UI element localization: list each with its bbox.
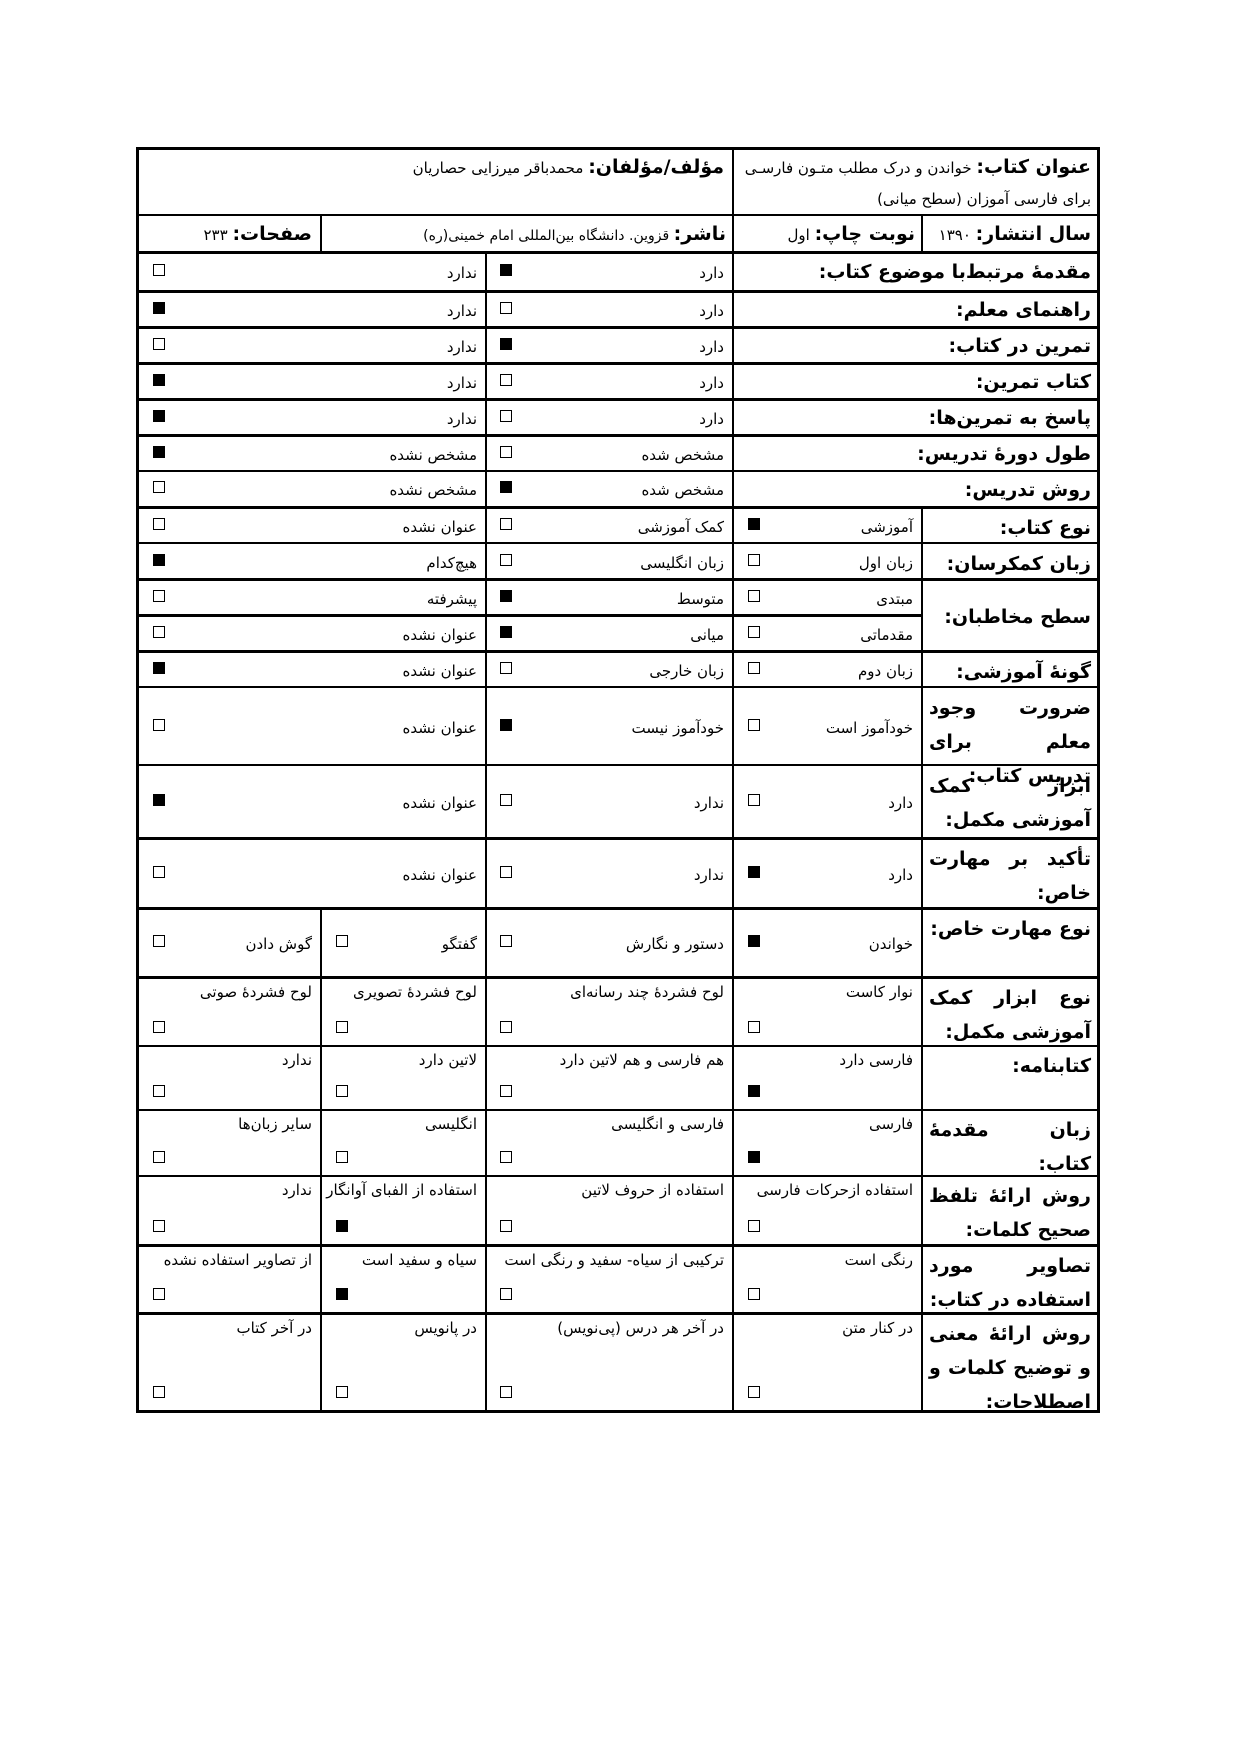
book-title-field: عنوان کتاب: خواندن و درک مطلب متـون فارس… xyxy=(734,150,1097,214)
option-cell: دستور و نگارش xyxy=(486,910,732,976)
option-cell: ندارد xyxy=(139,293,485,326)
checkbox[interactable] xyxy=(748,794,760,806)
checkbox[interactable] xyxy=(748,1085,760,1097)
option-cell: ندارد xyxy=(486,840,732,907)
option-cell: ندارد xyxy=(139,1047,320,1109)
option-cell: خودآموز است xyxy=(734,689,921,764)
option-label: ندارد xyxy=(447,338,477,356)
option-cell: مشخص نشده xyxy=(139,437,485,470)
option-label: گفتگو xyxy=(442,935,477,953)
checkbox[interactable] xyxy=(336,1085,348,1097)
row-label: ضرورت وجود معلم برای تدریس کتاب: xyxy=(923,689,1097,764)
checkbox[interactable] xyxy=(748,626,760,638)
option-cell: ندارد xyxy=(139,365,485,398)
row-label: ابزار کمک آموزشی مکمل: xyxy=(923,767,1097,837)
checkbox[interactable] xyxy=(500,1220,512,1232)
option-label: متوسط xyxy=(677,590,724,608)
pages-label: صفحات: xyxy=(232,223,312,245)
option-label: رنگی است xyxy=(845,1251,913,1269)
checkbox[interactable] xyxy=(748,1151,760,1163)
checkbox[interactable] xyxy=(500,1085,512,1097)
author-value: محمدباقر میرزایی حصاریان xyxy=(413,159,584,177)
option-cell: پیشرفته xyxy=(139,581,485,615)
row-label: زبان مقدمهٔ کتاب: xyxy=(923,1111,1097,1175)
checkbox[interactable] xyxy=(500,626,512,638)
option-label: گوش دادن xyxy=(245,935,312,953)
row-label: پاسخ به تمرین‌ها: xyxy=(734,401,1097,434)
year-label: سال انتشار: xyxy=(976,223,1091,245)
row-label: کتابنامه: xyxy=(923,1047,1097,1109)
option-cell: سیاه و سفید است xyxy=(322,1247,485,1312)
checkbox[interactable] xyxy=(500,935,512,947)
edition-label: نوبت چاپ: xyxy=(815,223,915,245)
option-label: دارد xyxy=(699,410,724,428)
checkbox[interactable] xyxy=(748,866,760,878)
option-label: سیاه و سفید است xyxy=(362,1251,477,1269)
checkbox[interactable] xyxy=(500,590,512,602)
option-label: دارد xyxy=(699,374,724,392)
table-border-right xyxy=(1097,147,1100,1413)
checkbox[interactable] xyxy=(748,518,760,530)
option-cell: در آخر کتاب xyxy=(139,1315,320,1410)
option-label: زبان اول xyxy=(859,554,913,572)
option-label: مشخص نشده xyxy=(389,446,477,464)
option-cell: دارد xyxy=(486,401,732,434)
edition-value: اول xyxy=(787,226,809,244)
option-cell: فارسی دارد xyxy=(734,1047,921,1109)
option-label: لوح فشردهٔ صوتی xyxy=(200,983,312,1001)
checkbox[interactable] xyxy=(153,626,165,638)
checkbox[interactable] xyxy=(336,1386,348,1398)
author-label: مؤلف/مؤلفان: xyxy=(588,156,724,178)
option-cell: مبتدی xyxy=(734,581,921,615)
option-label: فارسی و انگلیسی xyxy=(611,1115,724,1133)
option-cell: آموزشی xyxy=(734,509,921,542)
option-label: پیشرفته xyxy=(427,590,477,608)
option-label: خواندن xyxy=(869,935,913,953)
checkbox[interactable] xyxy=(153,866,165,878)
option-cell: لوح فشردهٔ تصویری xyxy=(322,979,485,1045)
option-label: ترکیبی از سیاه- سفید و رنگی است xyxy=(504,1251,724,1269)
checkbox[interactable] xyxy=(153,719,165,731)
option-cell: لوح فشردهٔ صوتی xyxy=(139,979,320,1045)
option-cell: ندارد xyxy=(139,329,485,362)
edition-field: نوبت چاپ: اول xyxy=(734,216,921,251)
option-cell: دارد xyxy=(734,840,921,907)
option-label: در آخر هر درس (پی‌نویس) xyxy=(557,1319,724,1337)
checkbox[interactable] xyxy=(500,338,512,350)
option-label: مشخص شده xyxy=(641,481,724,499)
checkbox[interactable] xyxy=(500,481,512,493)
option-cell: در آخر هر درس (پی‌نویس) xyxy=(486,1315,732,1410)
option-label: استفاده از حروف لاتین xyxy=(581,1181,724,1199)
option-cell: گفتگو xyxy=(322,910,485,976)
option-label: دارد xyxy=(888,794,913,812)
checkbox[interactable] xyxy=(500,1151,512,1163)
option-cell: ندارد xyxy=(139,253,485,290)
checkbox[interactable] xyxy=(153,518,165,530)
row-label: روش تدریس: xyxy=(734,472,1097,506)
checkbox[interactable] xyxy=(748,662,760,674)
option-label: مشخص شده xyxy=(641,446,724,464)
checkbox[interactable] xyxy=(153,446,165,458)
option-label: زبان انگلیسی xyxy=(640,554,724,572)
option-label: مشخص نشده xyxy=(389,481,477,499)
checkbox[interactable] xyxy=(500,446,512,458)
option-cell: عنوان نشده xyxy=(139,617,485,650)
option-label: خودآموز نیست xyxy=(632,719,724,737)
checkbox[interactable] xyxy=(500,1021,512,1033)
option-label: آموزشی xyxy=(861,518,913,536)
option-label: فارسی دارد xyxy=(839,1051,913,1069)
pages-value: ۲۳۳ xyxy=(203,226,227,244)
option-label: استفاده از الفبای آوانگار xyxy=(326,1181,477,1199)
row-label: روش ارائهٔ تلفظ صحیح کلمات: xyxy=(923,1177,1097,1244)
option-label: ندارد xyxy=(447,374,477,392)
checkbox[interactable] xyxy=(153,1085,165,1097)
option-cell: زبان انگلیسی xyxy=(486,545,732,578)
option-label: از تصاویر استفاده نشده xyxy=(164,1251,312,1269)
option-label: ندارد xyxy=(282,1051,312,1069)
option-cell: استفاده ازحرکات فارسی xyxy=(734,1177,921,1244)
option-label: دارد xyxy=(888,866,913,884)
row-label: کتاب تمرین: xyxy=(734,365,1097,398)
option-cell: مشخص شده xyxy=(486,437,732,470)
option-cell: لاتین دارد xyxy=(322,1047,485,1109)
row-label: نوع مهارت خاص: xyxy=(923,910,1097,976)
checkbox[interactable] xyxy=(153,590,165,602)
option-cell: عنوان نشده xyxy=(139,767,485,837)
option-label: در آخر کتاب xyxy=(236,1319,312,1337)
option-label: عنوان نشده xyxy=(403,719,477,737)
option-label: کمک آموزشی xyxy=(638,518,724,536)
option-label: مقدماتی xyxy=(860,626,913,644)
option-cell: عنوان نشده xyxy=(139,509,485,542)
checkbox[interactable] xyxy=(153,1288,165,1300)
checkbox[interactable] xyxy=(500,374,512,386)
year-field: سال انتشار: ۱۳۹۰ xyxy=(923,216,1097,251)
option-label: انگلیسی xyxy=(425,1115,477,1133)
option-label: ندارد xyxy=(694,794,724,812)
row-divider xyxy=(137,764,1099,766)
option-cell: هم فارسی و هم لاتین دارد xyxy=(486,1047,732,1109)
option-label: ندارد xyxy=(282,1181,312,1199)
option-cell: خواندن xyxy=(734,910,921,976)
option-cell: رنگی است xyxy=(734,1247,921,1312)
checkbox[interactable] xyxy=(153,1386,165,1398)
option-label: عنوان نشده xyxy=(403,794,477,812)
checkbox[interactable] xyxy=(500,518,512,530)
row-divider xyxy=(137,542,1099,544)
book-evaluation-form: عنوان کتاب: خواندن و درک مطلب متـون فارس… xyxy=(0,0,1241,1755)
book-title-label: عنوان کتاب: xyxy=(976,156,1091,178)
option-label: نوار کاست xyxy=(846,983,913,1001)
year-value: ۱۳۹۰ xyxy=(939,226,971,244)
option-cell: فارسی xyxy=(734,1111,921,1175)
option-label: لوح فشردهٔ چند رسانه‌ای xyxy=(570,983,724,1001)
option-label: خودآموز است xyxy=(826,719,913,737)
option-label: سایر زبان‌ها xyxy=(238,1115,312,1133)
checkbox[interactable] xyxy=(153,338,165,350)
publisher-field: ناشر: قزوین. دانشگاه بین‌المللی امام خمی… xyxy=(322,216,732,251)
option-cell: هیچ‌کدام xyxy=(139,545,485,578)
option-cell: مشخص شده xyxy=(486,472,732,506)
row-label: گونهٔ آموزشی: xyxy=(923,653,1097,686)
row-label: سطح مخاطبان: xyxy=(923,581,1097,650)
option-cell: در کنار متن xyxy=(734,1315,921,1410)
checkbox[interactable] xyxy=(500,719,512,731)
option-label: عنوان نشده xyxy=(403,518,477,536)
option-cell: دارد xyxy=(486,329,732,362)
publisher-value: قزوین. دانشگاه بین‌المللی امام خمینی(ره) xyxy=(423,228,669,244)
checkbox[interactable] xyxy=(153,481,165,493)
option-label: ندارد xyxy=(694,866,724,884)
checkbox[interactable] xyxy=(500,794,512,806)
option-label: زبان دوم xyxy=(858,662,913,680)
option-cell: از تصاویر استفاده نشده xyxy=(139,1247,320,1312)
checkbox[interactable] xyxy=(153,554,165,566)
pages-field: صفحات: ۲۳۳ xyxy=(139,216,320,251)
checkbox[interactable] xyxy=(748,1220,760,1232)
option-cell: عنوان نشده xyxy=(139,840,485,907)
option-label: لوح فشردهٔ تصویری xyxy=(353,983,477,1001)
option-label: استفاده ازحرکات فارسی xyxy=(757,1181,913,1199)
row-label: روش ارائهٔ معنی و توضیح کلمات و اصطلاحات… xyxy=(923,1315,1097,1410)
row-label: تأکید بر مهارت خاص: xyxy=(923,840,1097,907)
checkbox[interactable] xyxy=(500,410,512,422)
checkbox[interactable] xyxy=(153,794,165,806)
option-label: زبان خارجی xyxy=(649,662,724,680)
checkbox[interactable] xyxy=(153,264,165,276)
option-cell: زبان خارجی xyxy=(486,653,732,686)
checkbox[interactable] xyxy=(336,1220,348,1232)
option-label: عنوان نشده xyxy=(403,662,477,680)
option-cell: دارد xyxy=(486,253,732,290)
checkbox[interactable] xyxy=(748,1386,760,1398)
option-cell: خودآموز نیست xyxy=(486,689,732,764)
row-divider xyxy=(137,686,1099,688)
row-label: تصاویر مورد استفاده در کتاب: xyxy=(923,1247,1097,1312)
option-cell: انگلیسی xyxy=(322,1111,485,1175)
checkbox[interactable] xyxy=(336,1288,348,1300)
option-label: فارسی xyxy=(869,1115,913,1133)
option-cell: دارد xyxy=(486,293,732,326)
option-label: ندارد xyxy=(447,410,477,428)
option-label: عنوان نشده xyxy=(403,866,477,884)
option-cell: استفاده از حروف لاتین xyxy=(486,1177,732,1244)
option-cell: میانی xyxy=(486,617,732,650)
option-label: عنوان نشده xyxy=(403,626,477,644)
row-label: طول دورهٔ تدریس: xyxy=(734,437,1097,470)
checkbox[interactable] xyxy=(748,590,760,602)
option-label: دارد xyxy=(699,338,724,356)
checkbox[interactable] xyxy=(500,1288,512,1300)
option-label: ندارد xyxy=(447,302,477,320)
checkbox[interactable] xyxy=(336,935,348,947)
checkbox[interactable] xyxy=(500,554,512,566)
checkbox[interactable] xyxy=(153,410,165,422)
option-cell: نوار کاست xyxy=(734,979,921,1045)
option-cell: گوش دادن xyxy=(139,910,320,976)
checkbox[interactable] xyxy=(500,264,512,276)
checkbox[interactable] xyxy=(153,935,165,947)
option-label: هیچ‌کدام xyxy=(426,554,477,572)
checkbox[interactable] xyxy=(153,1021,165,1033)
checkbox[interactable] xyxy=(500,1386,512,1398)
option-label: میانی xyxy=(690,626,724,644)
option-label: در پانویس xyxy=(414,1319,477,1337)
option-label: لاتین دارد xyxy=(419,1051,477,1069)
option-cell: در پانویس xyxy=(322,1315,485,1410)
row-label: راهنمای معلم: xyxy=(734,293,1097,326)
option-cell: عنوان نشده xyxy=(139,653,485,686)
option-cell: عنوان نشده xyxy=(139,689,485,764)
option-label: دارد xyxy=(699,264,724,282)
row-label: مقدمهٔ مرتبط‌با موضوع کتاب: xyxy=(734,253,1097,290)
author-field: مؤلف/مؤلفان: محمدباقر میرزایی حصاریان xyxy=(139,150,732,214)
option-label: در کنار متن xyxy=(842,1319,913,1337)
option-cell: مقدماتی xyxy=(734,617,921,650)
row-label: نوع ابزار کمک آموزشی مکمل: xyxy=(923,979,1097,1045)
publisher-label: ناشر: xyxy=(674,223,726,245)
option-cell: دارد xyxy=(734,767,921,837)
option-cell: متوسط xyxy=(486,581,732,615)
checkbox[interactable] xyxy=(748,1288,760,1300)
row-label: نوع کتاب: xyxy=(923,509,1097,542)
checkbox[interactable] xyxy=(336,1021,348,1033)
option-cell: دارد xyxy=(486,365,732,398)
option-label: ندارد xyxy=(447,264,477,282)
table-border-bottom xyxy=(137,1410,1099,1413)
checkbox[interactable] xyxy=(500,302,512,314)
option-label: مبتدی xyxy=(876,590,913,608)
option-label: دستور و نگارش xyxy=(626,935,724,953)
checkbox[interactable] xyxy=(748,719,760,731)
checkbox[interactable] xyxy=(153,662,165,674)
checkbox[interactable] xyxy=(748,554,760,566)
checkbox[interactable] xyxy=(153,374,165,386)
option-label: دارد xyxy=(699,302,724,320)
option-cell: ندارد xyxy=(139,1177,320,1244)
checkbox[interactable] xyxy=(748,1021,760,1033)
option-cell: زبان دوم xyxy=(734,653,921,686)
option-cell: ندارد xyxy=(139,401,485,434)
row-label: زبان کمکرسان: xyxy=(923,545,1097,578)
option-cell: ندارد xyxy=(486,767,732,837)
checkbox[interactable] xyxy=(153,1220,165,1232)
row-label: تمرین در کتاب: xyxy=(734,329,1097,362)
option-cell: ترکیبی از سیاه- سفید و رنگی است xyxy=(486,1247,732,1312)
option-cell: لوح فشردهٔ چند رسانه‌ای xyxy=(486,979,732,1045)
checkbox[interactable] xyxy=(748,935,760,947)
option-cell: سایر زبان‌ها xyxy=(139,1111,320,1175)
checkbox[interactable] xyxy=(153,1151,165,1163)
option-cell: فارسی و انگلیسی xyxy=(486,1111,732,1175)
checkbox[interactable] xyxy=(500,866,512,878)
checkbox[interactable] xyxy=(153,302,165,314)
option-label: هم فارسی و هم لاتین دارد xyxy=(560,1051,724,1069)
option-cell: استفاده از الفبای آوانگار xyxy=(322,1177,485,1244)
option-cell: کمک آموزشی xyxy=(486,509,732,542)
option-cell: زبان اول xyxy=(734,545,921,578)
checkbox[interactable] xyxy=(500,662,512,674)
option-cell: مشخص نشده xyxy=(139,472,485,506)
checkbox[interactable] xyxy=(336,1151,348,1163)
